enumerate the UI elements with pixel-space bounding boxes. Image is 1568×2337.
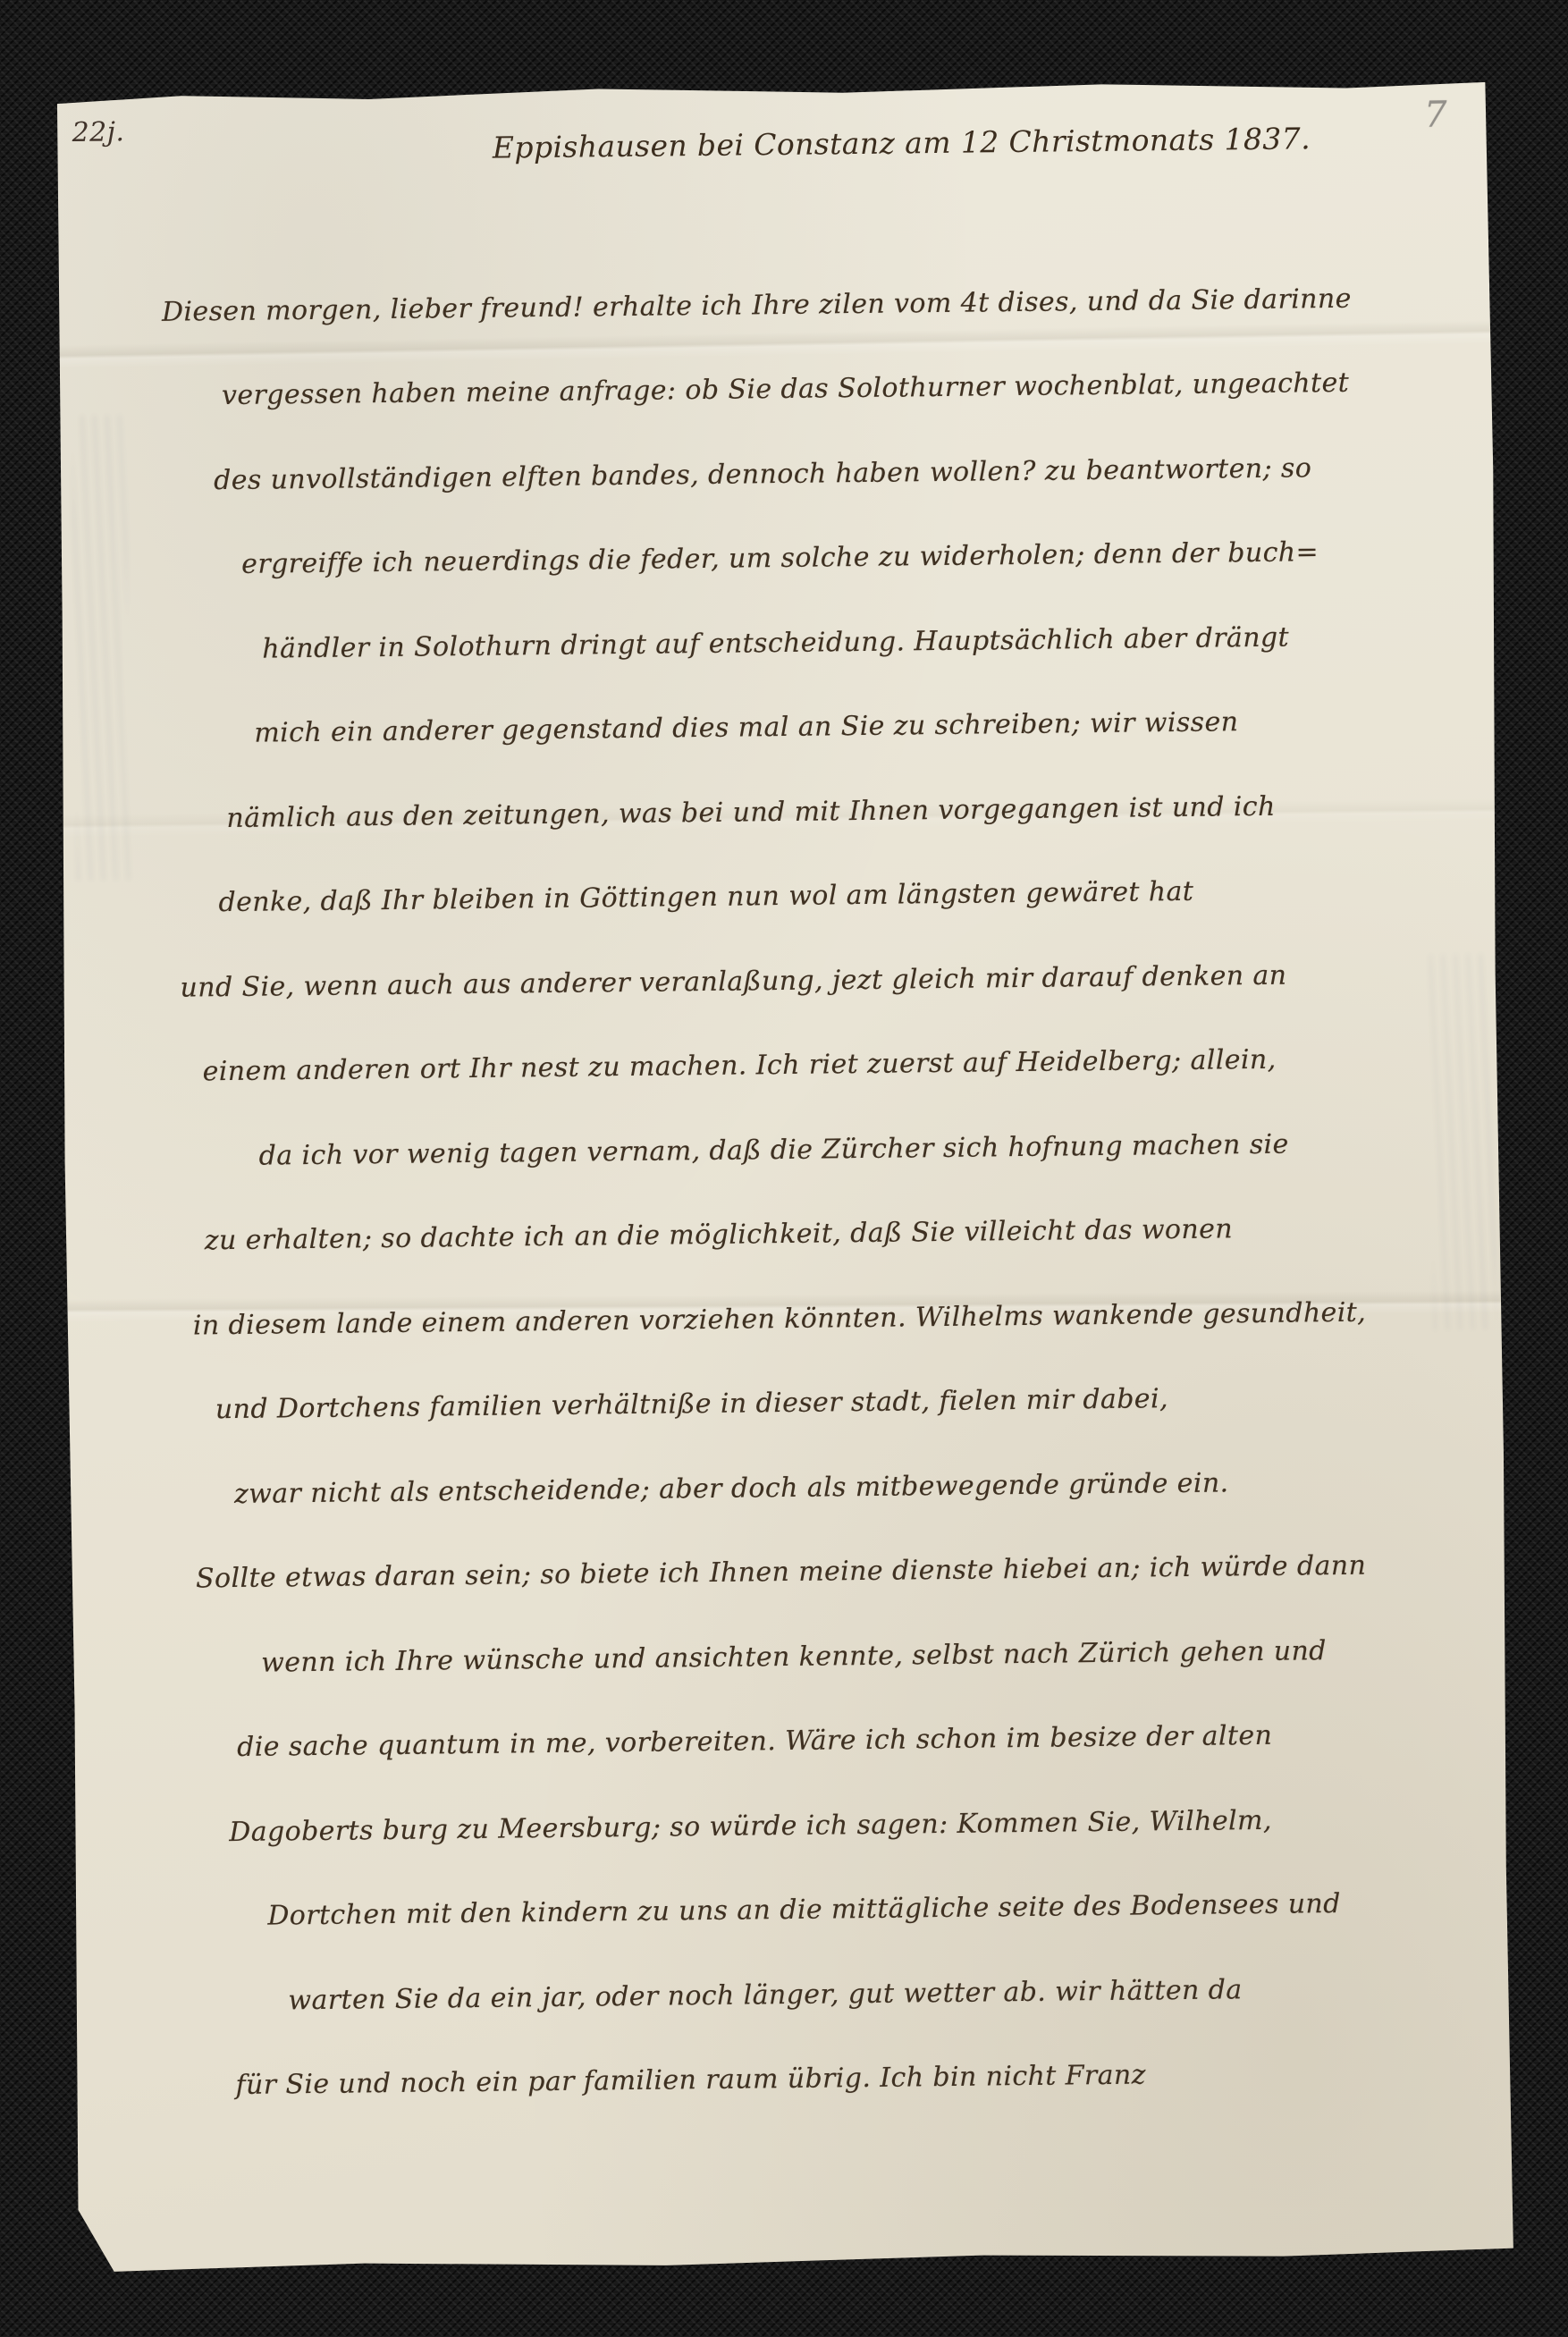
photograph-of-letter: { "document": { "type": "handwritten let… — [0, 0, 1568, 2337]
letter-dateline: Eppishausen bei Constanz am 12 Christmon… — [493, 121, 1311, 165]
letter-line: nämlich aus den zeitungen, was bei und m… — [226, 735, 1471, 833]
letter-line: Dagoberts burg zu Meersburg; so würde ic… — [228, 1749, 1482, 1847]
letter-line: und Sie, wenn auch aus anderer veranlaßu… — [180, 904, 1473, 1003]
letter-body: Diesen morgen, lieber freund! erhalte ic… — [105, 228, 1485, 2102]
letter-line: in diesem lande einem anderen vorziehen … — [192, 1242, 1477, 1341]
letter-line: zu erhalten; so dachte ich an die möglic… — [204, 1158, 1476, 1257]
folio-number-ink: 22j. — [72, 116, 125, 148]
folio-number-pencil: 7 — [1424, 95, 1447, 136]
letter-line: zwar nicht als entscheidende; aber doch … — [233, 1411, 1479, 1509]
letter-line: Dortchen mit den kindern zu uns an die m… — [266, 1834, 1483, 1932]
letter-paper: 22j. 7 Eppishausen bei Constanz am 12 Ch… — [52, 78, 1514, 2275]
letter-line: und Dortchens familien verhältniße in di… — [215, 1327, 1478, 1426]
letter-line: des unvollständigen elften bandes, denno… — [213, 397, 1467, 495]
letter-line: denke, daß Ihr bleiben in Göttingen nun … — [218, 820, 1472, 918]
letter-line: für Sie und noch ein par familien raum ü… — [235, 2003, 1486, 2101]
letter-line: warten Sie da ein jar, oder noch länger,… — [288, 1918, 1485, 2016]
letter-line: ergreiffe ich neuerdings die feder, um s… — [240, 482, 1468, 580]
letter-line: einem anderen ort Ihr nest zu machen. Ic… — [202, 989, 1474, 1088]
letter-line: da ich vor wenig tagen vernam, daß die Z… — [258, 1073, 1475, 1171]
letter-line: mich ein anderer gegenstand dies mal an … — [253, 651, 1470, 749]
letter-line: Diesen morgen, lieber freund! erhalte ic… — [161, 228, 1465, 327]
letter-line: händler in Solothurn dringt auf entschei… — [261, 566, 1469, 664]
letter-line: Sollte etwas daran sein; so biete ich Ih… — [195, 1496, 1479, 1595]
letter-line: wenn ich Ihre wünsche und ansichten kenn… — [260, 1580, 1480, 1678]
letter-line: die sache quantum in me, vorbereiten. Wä… — [236, 1665, 1481, 1763]
letter-line: vergessen haben meine anfrage: ob Sie da… — [221, 313, 1466, 411]
